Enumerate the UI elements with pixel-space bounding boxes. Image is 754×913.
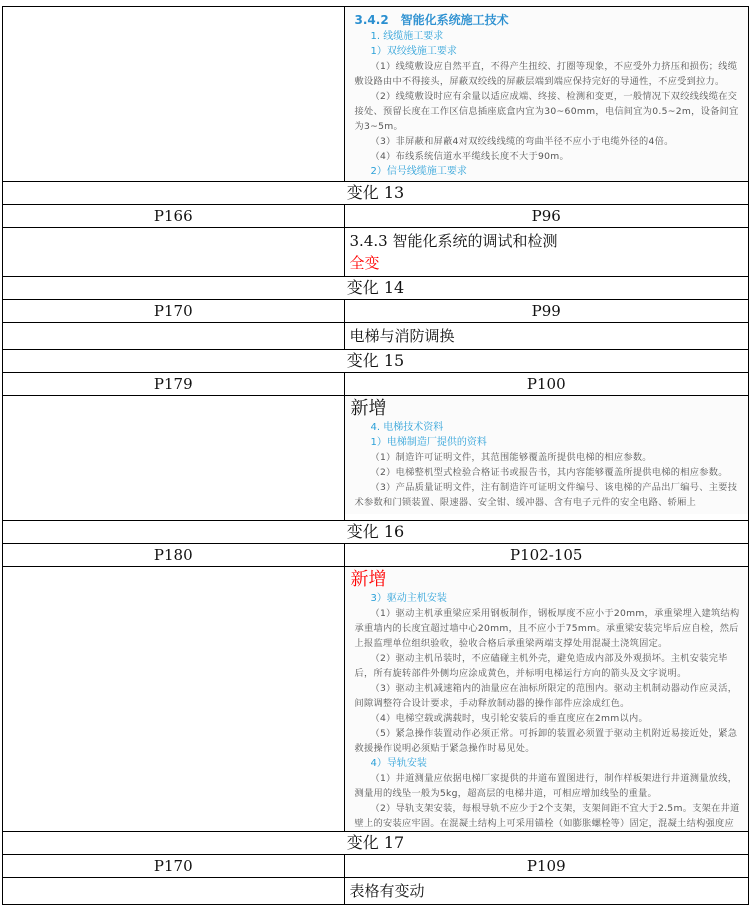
scan-paragraph: （1）信号线缆和电力电缆平行敷设时，其间距不得小于0.3m；信号线缆与电力电缆交… bbox=[355, 179, 742, 181]
change-title-row: 变化 13 bbox=[3, 182, 749, 205]
scan-heading: 3.4.2 智能化系统施工技术 bbox=[355, 11, 742, 29]
scan-paragraph: （2）驱动主机吊装时，不应磕碰主机外壳，避免造成内部及外观损坏。主机安装完毕后，… bbox=[355, 651, 742, 681]
change-note: 电梯与消防调换 bbox=[344, 323, 748, 350]
scan-excerpt-342: 3.4.2 智能化系统施工技术 1. 线缆施工要求 1）双绞线施工要求 （1）线… bbox=[344, 7, 748, 182]
change-note: 新增 3）驱动主机安装 （1）驱动主机承重梁应采用钢板制作，钢板厚度不应小于20… bbox=[344, 567, 748, 832]
old-page: P179 bbox=[3, 373, 345, 396]
change-title: 变化 13 bbox=[3, 182, 749, 205]
scan-paragraph: （4）电梯空载或满载时，曳引轮安装后的垂直度应在2mm以内。 bbox=[355, 711, 742, 726]
scan-paragraph: （1）制造许可证明文件，其范围能够覆盖所提供电梯的相应参数。 bbox=[355, 450, 742, 465]
new-page: P99 bbox=[344, 300, 748, 323]
change-note: 表格有变动 bbox=[344, 878, 748, 905]
change-note: 新增 4. 电梯技术资料 1）电梯制造厂提供的资料 （1）制造许可证明文件，其范… bbox=[344, 396, 748, 521]
change-title: 变化 17 bbox=[3, 832, 749, 855]
note-highlight: 全变 bbox=[350, 252, 743, 274]
note-row: 电梯与消防调换 bbox=[3, 323, 749, 350]
page-row: P170 P99 bbox=[3, 300, 749, 323]
new-page: P109 bbox=[344, 855, 748, 878]
change-title: 变化 14 bbox=[3, 277, 749, 300]
note-text: 3.4.3 智能化系统的调试和检测 bbox=[350, 230, 743, 252]
note-row: 新增 4. 电梯技术资料 1）电梯制造厂提供的资料 （1）制造许可证明文件，其范… bbox=[3, 396, 749, 521]
scan-paragraph: （4）布线系统信道水平缆线长度不大于90m。 bbox=[355, 149, 742, 164]
change-title-row: 变化 14 bbox=[3, 277, 749, 300]
empty-cell bbox=[3, 567, 345, 832]
scan-paragraph: （5）紧急操作装置动作必须正常。可拆卸的装置必须置于驱动主机附近易接近处，紧急救… bbox=[355, 726, 742, 756]
old-page: P166 bbox=[3, 205, 345, 228]
page-row: P166 P96 bbox=[3, 205, 749, 228]
scan-paragraph: （3）驱动主机减速箱内的油量应在油标所限定的范围内。驱动主机制动器动作应灵活，间… bbox=[355, 681, 742, 711]
page-row: P180 P102-105 bbox=[3, 544, 749, 567]
old-page: P170 bbox=[3, 300, 345, 323]
scan-paragraph: （2）线缆敷设时应有余量以适应成端、终接、检测和变更，一般情况下双绞线线缆在交接… bbox=[355, 89, 742, 134]
change-title: 变化 15 bbox=[3, 350, 749, 373]
scan-subheading: 4）导轨安装 bbox=[355, 756, 742, 771]
page-row: P179 P100 bbox=[3, 373, 749, 396]
scan-paragraph: （1）驱动主机承重梁应采用钢板制作，钢板厚度不应小于20mm，承重梁埋入建筑结构… bbox=[355, 606, 742, 651]
new-page: P102-105 bbox=[344, 544, 748, 567]
change-title-row: 变化 15 bbox=[3, 350, 749, 373]
added-label: 新增 bbox=[345, 396, 748, 420]
old-page: P180 bbox=[3, 544, 345, 567]
changes-table: 3.4.2 智能化系统施工技术 1. 线缆施工要求 1）双绞线施工要求 （1）线… bbox=[2, 6, 749, 905]
table-row: 3.4.2 智能化系统施工技术 1. 线缆施工要求 1）双绞线施工要求 （1）线… bbox=[3, 7, 749, 182]
new-page: P100 bbox=[344, 373, 748, 396]
note-row: 3.4.3 智能化系统的调试和检测 全变 bbox=[3, 228, 749, 277]
scan-subheading: 2）信号线缆施工要求 bbox=[355, 164, 742, 179]
scan-subheading: 3）驱动主机安装 bbox=[355, 591, 742, 606]
scan-paragraph: （1）线缆敷设应自然平直，不得产生扭绞、打圈等现象，不应受外力挤压和损伤；线缆敷… bbox=[355, 59, 742, 89]
empty-cell bbox=[3, 228, 345, 277]
scan-paragraph: （2）导轨支架安装，每根导轨不应少于2个支架，支架间距不宜大于2.5m。支架在井… bbox=[355, 801, 742, 831]
change-title-row: 变化 17 bbox=[3, 832, 749, 855]
empty-cell bbox=[3, 7, 345, 182]
scan-subheading: 1）电梯制造厂提供的资料 bbox=[355, 435, 742, 450]
change-title-row: 变化 16 bbox=[3, 521, 749, 544]
old-page: P170 bbox=[3, 855, 345, 878]
scan-paragraph: （3）非屏蔽和屏蔽4对双绞线线缆的弯曲半径不应小于电缆外径的4倍。 bbox=[355, 134, 742, 149]
note-row: 新增 3）驱动主机安装 （1）驱动主机承重梁应采用钢板制作，钢板厚度不应小于20… bbox=[3, 567, 749, 832]
scan-paragraph: （3）产品质量证明文件，注有制造许可证明文件编号、该电梯的产品出厂编号、主要技术… bbox=[355, 480, 742, 510]
page-row: P170 P109 bbox=[3, 855, 749, 878]
new-page: P96 bbox=[344, 205, 748, 228]
scan-subheading: 1. 线缆施工要求 bbox=[355, 29, 742, 44]
added-label: 新增 bbox=[345, 567, 748, 591]
note-row: 表格有变动 bbox=[3, 878, 749, 905]
scan-paragraph: （1）井道测量应依据电梯厂家提供的井道布置图进行，制作样板架进行井道测量放线，测… bbox=[355, 771, 742, 801]
empty-cell bbox=[3, 878, 345, 905]
empty-cell bbox=[3, 396, 345, 521]
empty-cell bbox=[3, 323, 345, 350]
change-title: 变化 16 bbox=[3, 521, 749, 544]
scan-heading: 4. 电梯技术资料 bbox=[355, 420, 742, 435]
scan-subheading: 1）双绞线施工要求 bbox=[355, 44, 742, 59]
change-note: 3.4.3 智能化系统的调试和检测 全变 bbox=[344, 228, 748, 277]
scan-paragraph: （2）电梯整机型式检验合格证书或报告书，其内容能够覆盖所提供电梯的相应参数。 bbox=[355, 465, 742, 480]
